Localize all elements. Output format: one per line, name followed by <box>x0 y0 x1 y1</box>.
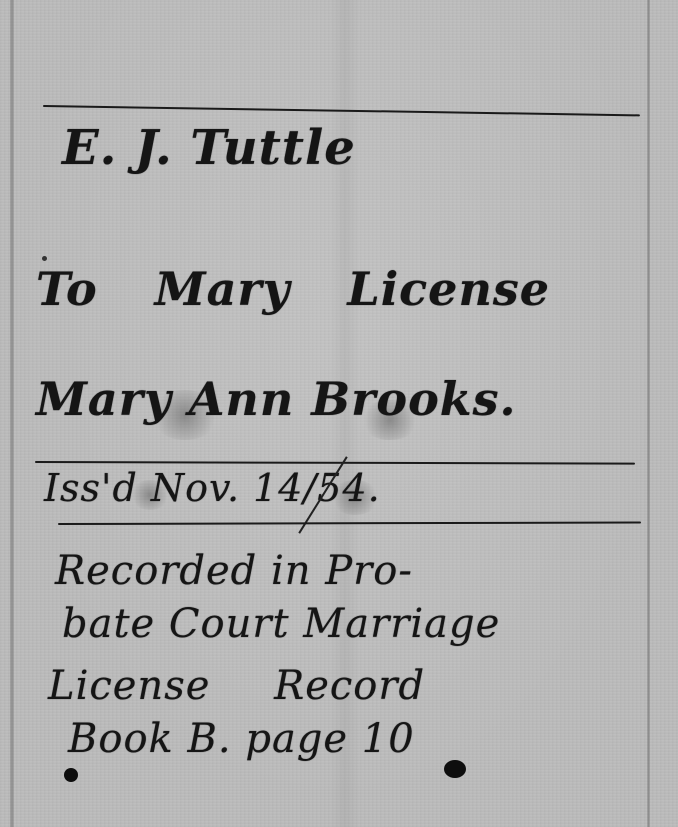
record-note-line-3: License Record <box>48 663 425 709</box>
record-note-line-4: Book B. page 10 <box>68 716 415 762</box>
right-fold-crease <box>647 0 650 827</box>
record-note-line-2: bate Court Marriage <box>62 601 500 647</box>
ink-blot <box>64 768 78 782</box>
ink-speck <box>42 256 47 261</box>
issued-date: Iss'd Nov. 14/54. <box>44 466 381 510</box>
record-note-line-1: Recorded in Pro- <box>55 548 413 594</box>
ink-blot <box>444 760 466 778</box>
bride-name: Mary Ann Brooks. <box>36 372 517 426</box>
license-heading: To Mary License <box>36 262 550 316</box>
left-fold-crease <box>10 0 14 827</box>
document-page: E. J. Tuttle To Mary License Mary Ann Br… <box>0 0 678 827</box>
groom-name: E. J. Tuttle <box>62 120 356 176</box>
